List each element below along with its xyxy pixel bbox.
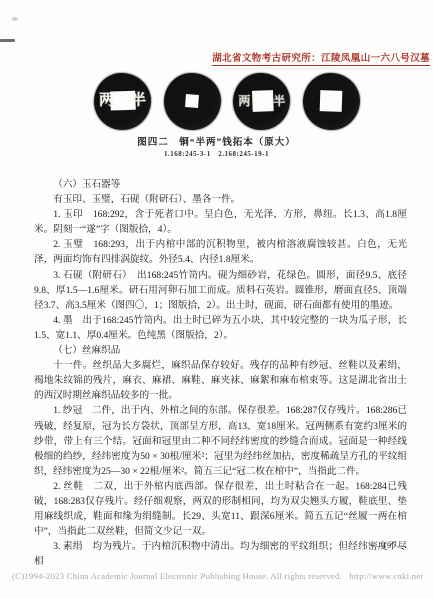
page-header: 湖北省文物考古研究所：江陵凤凰山一六八号汉墓 bbox=[212, 48, 430, 66]
coin-inscription-right: 半 bbox=[131, 94, 146, 109]
coin-rubbing-2 bbox=[164, 73, 221, 130]
coin-hole bbox=[185, 94, 199, 108]
section-heading-6: （六）玉石器等 bbox=[34, 177, 407, 192]
paragraph-jade-seal: 1. 玉印 168:292，含于死者口中。呈白色，无光泽，方形，鼻纽。长1.3、… bbox=[34, 207, 407, 237]
coin-rubbing-3: 两 半 bbox=[233, 73, 290, 130]
figure-subcaption: 1.168:245-3-1 2.168:245-19-1 bbox=[0, 149, 433, 159]
coin-inscription-left: 两 bbox=[99, 94, 114, 109]
coin-inscription-left: 两 bbox=[238, 95, 250, 107]
coin-hole bbox=[252, 90, 274, 112]
footer-copyright: (C)1994-2023 China Academic Journal Elec… bbox=[12, 571, 342, 581]
paragraph: 有玉印、玉璧，石砚（附研石）、墨各一件。 bbox=[34, 192, 407, 207]
figure-caption: 图四二 铜“半两”钱拓本（原大） bbox=[0, 134, 433, 148]
section-heading-7: （七）丝麻织品 bbox=[34, 343, 407, 358]
scan-artifact-dot bbox=[12, 17, 18, 21]
paragraph-plain-silk: 3. 素绢 均为残片。于内棺沉积物中清出。均为细密的平纹组织；但经纬密度不尽相 bbox=[34, 539, 407, 569]
paragraph-silk-shoes: 2. 丝鞋 二双，出于外棺内底西部。保存很差，出土时粘合在一起。168:284已… bbox=[34, 479, 407, 539]
coin-rubbing-1: 两 半 bbox=[94, 73, 151, 130]
paragraph-inkstone: 3. 石砚（附研石） 出168:245竹笥内。砚为细砂岩，花绿色。圆形，面径9.… bbox=[34, 268, 407, 313]
paragraph-ink: 4. 墨 出于168:245竹笥内。出土时已碎为五小块，其中较完整的一块为瓜子形… bbox=[34, 313, 407, 343]
coin-rubbings-figure: 两 半 两 半 bbox=[94, 71, 360, 131]
paragraph-gauze-cap: 1. 纱冠 二件，出于内、外棺之间的东部。保存很差。168:287仅存残片。16… bbox=[34, 403, 407, 478]
coin-hole bbox=[320, 90, 343, 112]
scan-artifact-dash bbox=[0, 39, 15, 42]
scanned-document-page: 湖北省文物考古研究所：江陵凤凰山一六八号汉墓 两 半 两 半 图四二 铜“半两”… bbox=[0, 0, 433, 599]
page-number: —497— bbox=[372, 540, 407, 550]
institution-header-text: 湖北省文物考古研究所：江陵凤凰山一六八号汉墓 bbox=[212, 50, 430, 66]
paragraph-textiles-intro: 十一件。丝织品大多腐烂，麻织品保存较好。残存的品种有纱冠、丝鞋以及素绢，褐地朱纹… bbox=[34, 358, 407, 403]
coin-inscription-right: 半 bbox=[273, 95, 285, 107]
coin-rubbing-4 bbox=[303, 73, 360, 130]
footer-url: http://www.cnki.net bbox=[349, 571, 423, 581]
scan-footer: (C)1994-2023 China Academic Journal Elec… bbox=[12, 571, 423, 581]
paragraph-jade-bi: 2. 玉璧 168:293，出于内棺中部的沉积物里，被内棺溶液腐蚀较甚。白色，无… bbox=[34, 237, 407, 267]
body-text: （六）玉石器等 有玉印、玉璧，石砚（附研石）、墨各一件。 1. 玉印 168:2… bbox=[34, 177, 407, 569]
